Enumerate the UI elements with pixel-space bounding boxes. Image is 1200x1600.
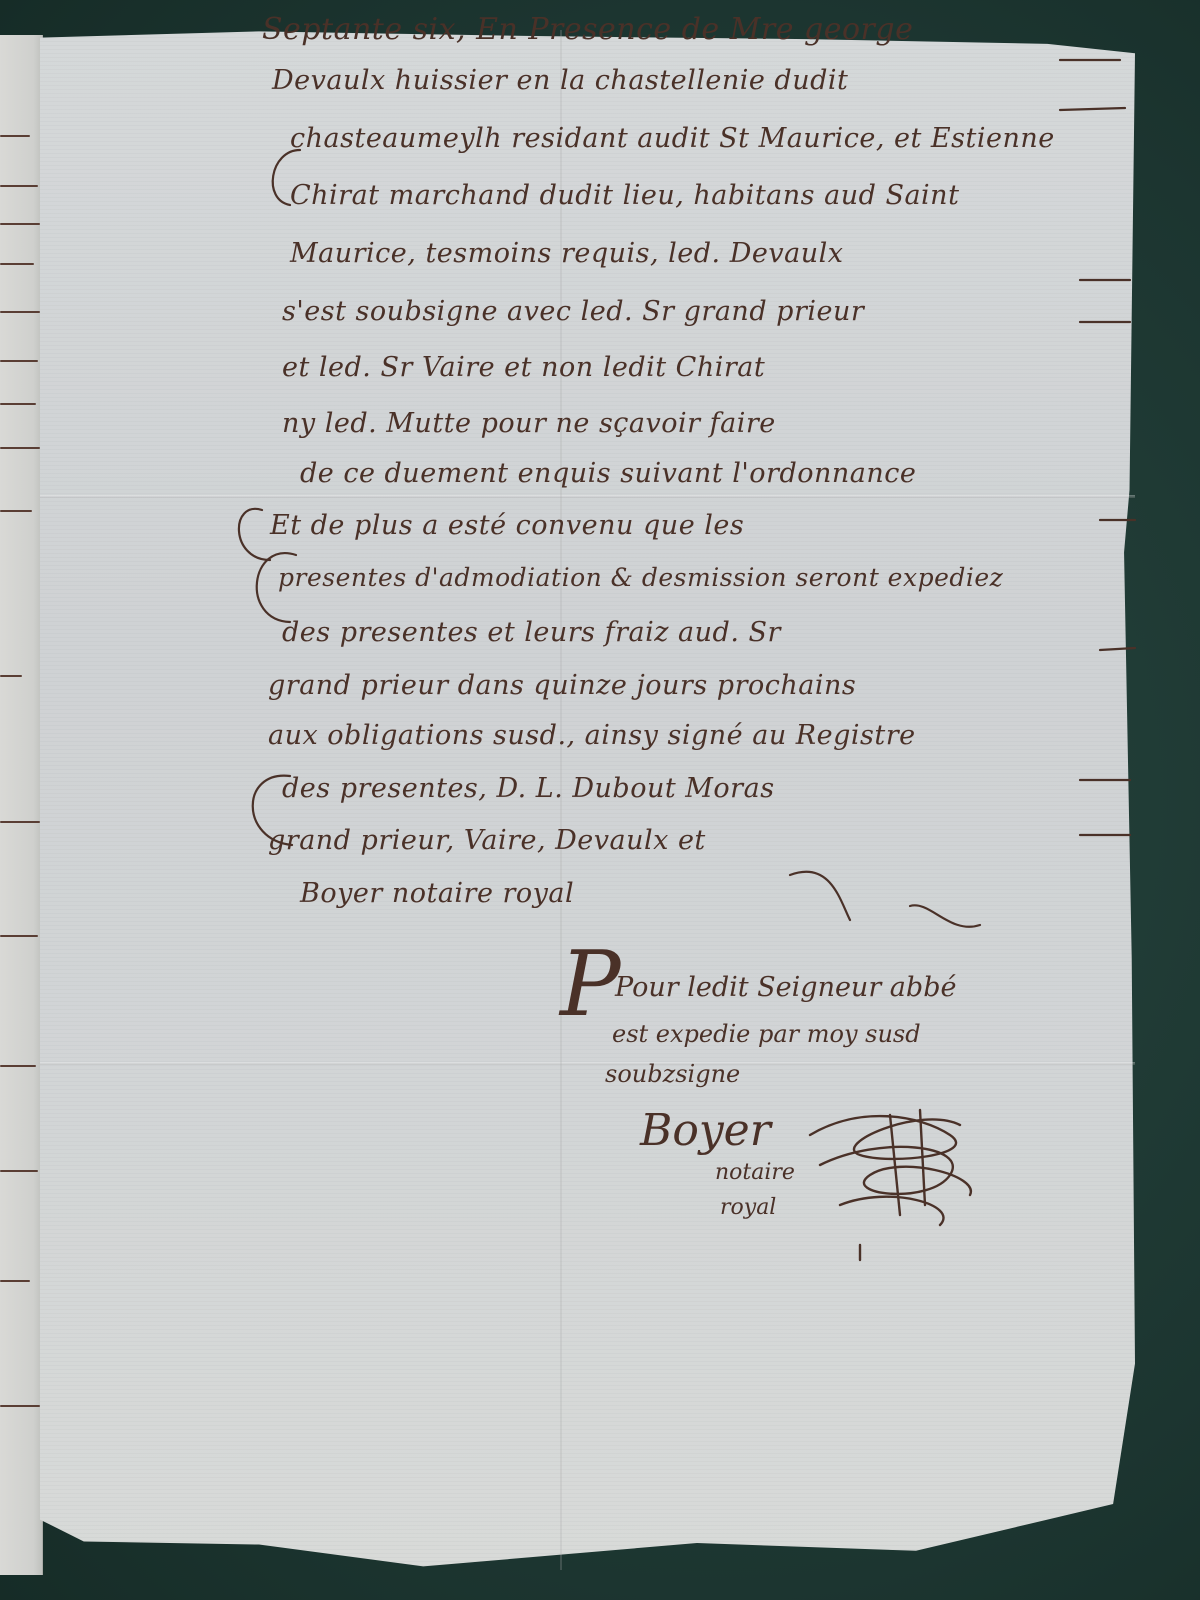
ink-stub — [0, 1065, 36, 1067]
text-line: s'est soubsigne avec led. Sr grand prieu… — [282, 296, 864, 327]
signature-paraph — [800, 1095, 1060, 1265]
text-line: de ce duement enquis suivant l'ordonnanc… — [300, 458, 916, 489]
text-line: des presentes et leurs fraiz aud. Sr — [282, 617, 781, 648]
text-line: Maurice, tesmoins requis, led. Devaulx — [290, 238, 843, 269]
text-line: chasteaumeylh residant audit St Maurice,… — [290, 123, 1055, 154]
ink-stub — [0, 447, 40, 449]
signature-title: notaire — [715, 1160, 795, 1185]
signature-name: Boyer — [640, 1105, 771, 1156]
ink-stub — [0, 263, 34, 265]
ink-stub — [0, 675, 22, 677]
ink-stub — [0, 510, 32, 512]
text-line: grand prieur dans quinze jours prochains — [268, 670, 856, 701]
ink-stub — [0, 223, 40, 225]
text-line: grand prieur, Vaire, Devaulx et — [268, 825, 706, 856]
ink-stub — [0, 1170, 38, 1172]
closing-line: est expedie par moy susd — [612, 1020, 921, 1048]
text-line: Et de plus a esté convenu que les — [270, 510, 744, 541]
ink-stub — [0, 135, 30, 137]
text-line: aux obligations susd., ainsy signé au Re… — [268, 720, 916, 751]
text-line: ny led. Mutte pour ne sçavoir faire — [282, 408, 776, 439]
ink-stub — [0, 821, 40, 823]
text-line: et led. Sr Vaire et non ledit Chirat — [282, 352, 765, 383]
ink-stub — [0, 935, 38, 937]
text-line: Boyer notaire royal — [300, 878, 574, 909]
text-line: Septante six, En Presence de Mre george — [262, 12, 913, 47]
ink-stub — [0, 311, 40, 313]
closing-line: soubzsigne — [605, 1060, 740, 1088]
text-line: presentes d'admodiation & desmission ser… — [278, 563, 1003, 592]
ink-stub — [0, 360, 38, 362]
ink-stub — [0, 1405, 40, 1407]
paper-fold — [40, 1062, 1135, 1065]
signature-title: royal — [720, 1195, 776, 1220]
closing-line: Pour ledit Seigneur abbé — [615, 972, 956, 1003]
text-line: Devaulx huissier en la chastellenie dudi… — [272, 65, 848, 96]
ink-stub — [0, 1280, 30, 1282]
text-line: Chirat marchand dudit lieu, habitans aud… — [290, 180, 959, 211]
ink-stub — [0, 403, 36, 405]
facing-page-edge — [0, 35, 43, 1575]
paper-fold — [40, 495, 1135, 498]
decorated-initial: P — [560, 940, 621, 1030]
ink-stub — [0, 185, 38, 187]
text-line: des presentes, D. L. Dubout Moras — [282, 773, 775, 804]
